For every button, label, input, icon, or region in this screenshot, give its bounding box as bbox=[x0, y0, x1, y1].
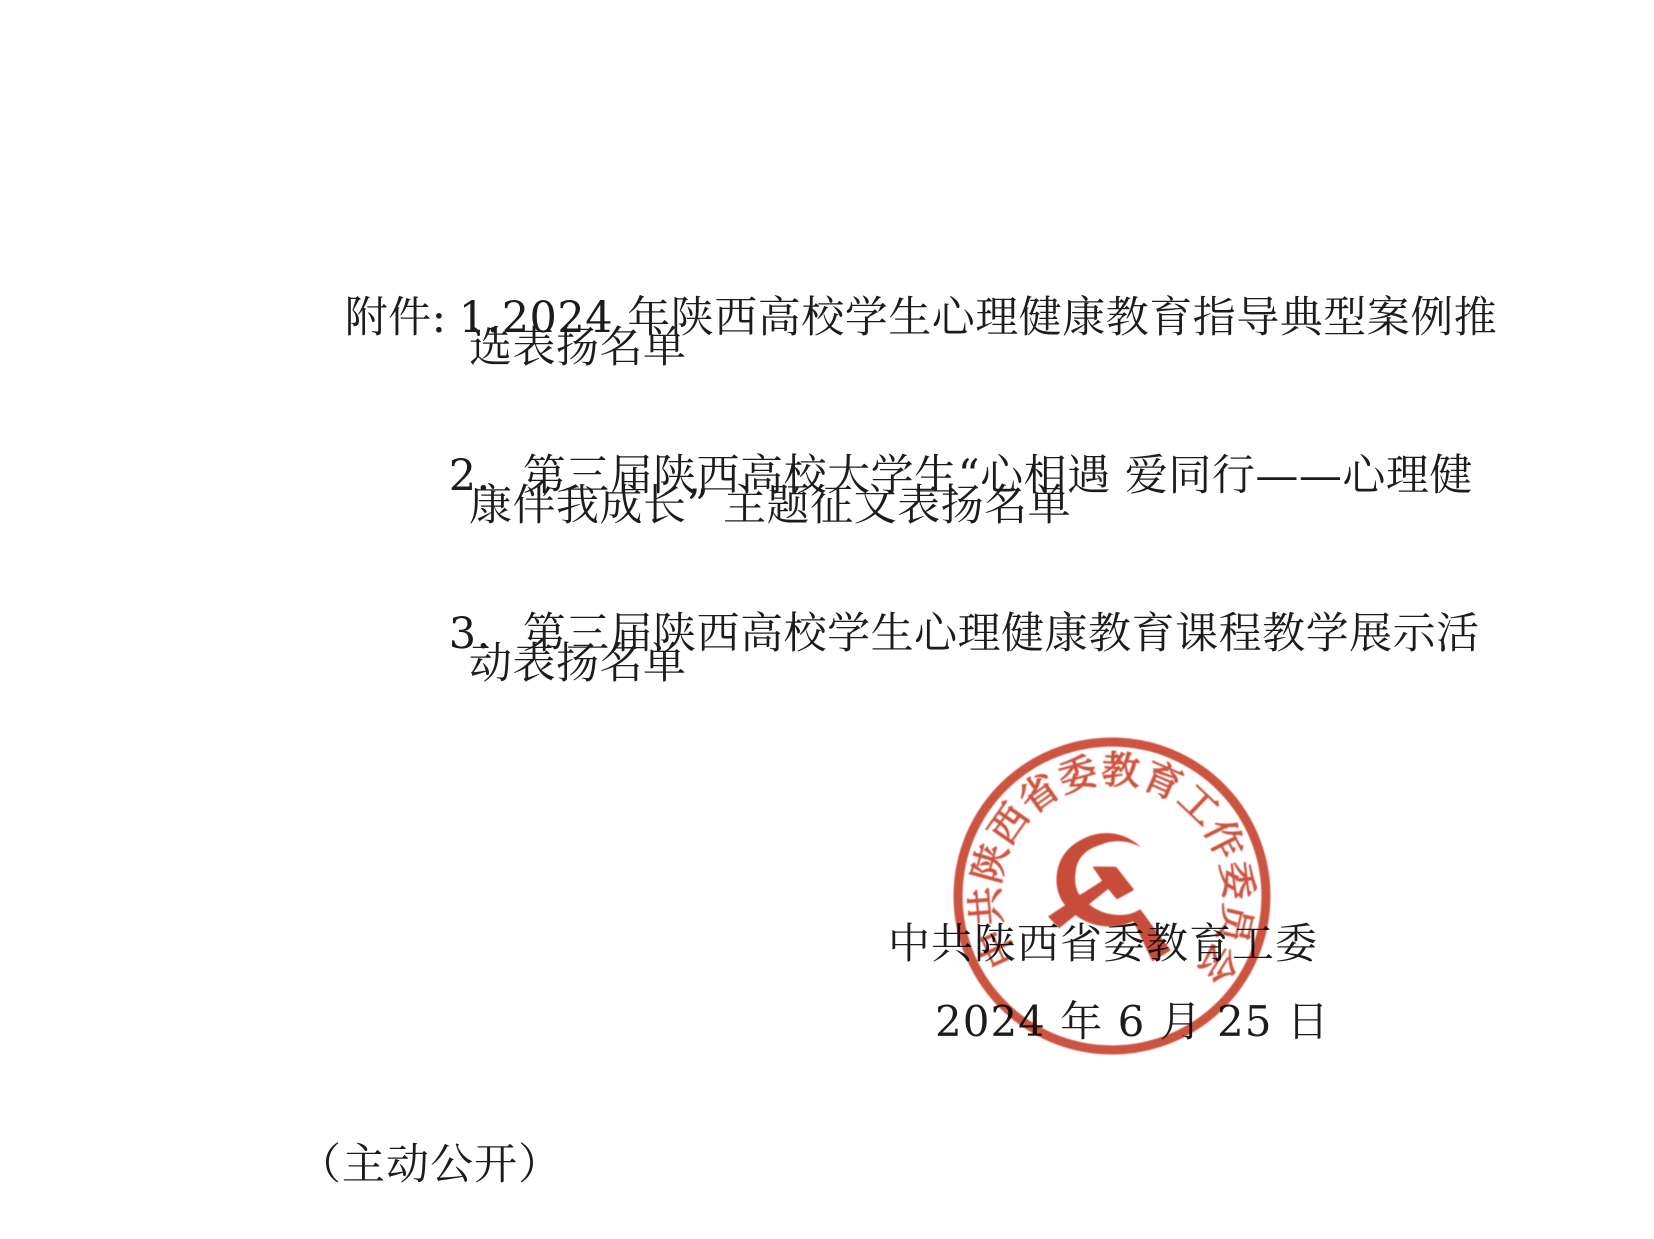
attachment-label: 附件: bbox=[345, 294, 459, 343]
disclosure-note: （主动公开） bbox=[298, 1141, 562, 1190]
document-page: 附件:1.2024 年陕西高校学生心理健康教育指导典型案例推 选表扬名单 2.第… bbox=[0, 0, 1654, 1239]
attachment-item-2-text-line2: 康伴我成长” 主题征文表扬名单 bbox=[469, 482, 1071, 531]
hammer-sickle-icon: ☭ bbox=[1028, 795, 1195, 1004]
attachment-item-3-text-line2: 动表扬名单 bbox=[469, 640, 687, 689]
official-seal: 中共陕西省委教育工作委员会 ☭ bbox=[940, 724, 1284, 1068]
attachment-item-1-text-line2: 选表扬名单 bbox=[469, 324, 687, 373]
